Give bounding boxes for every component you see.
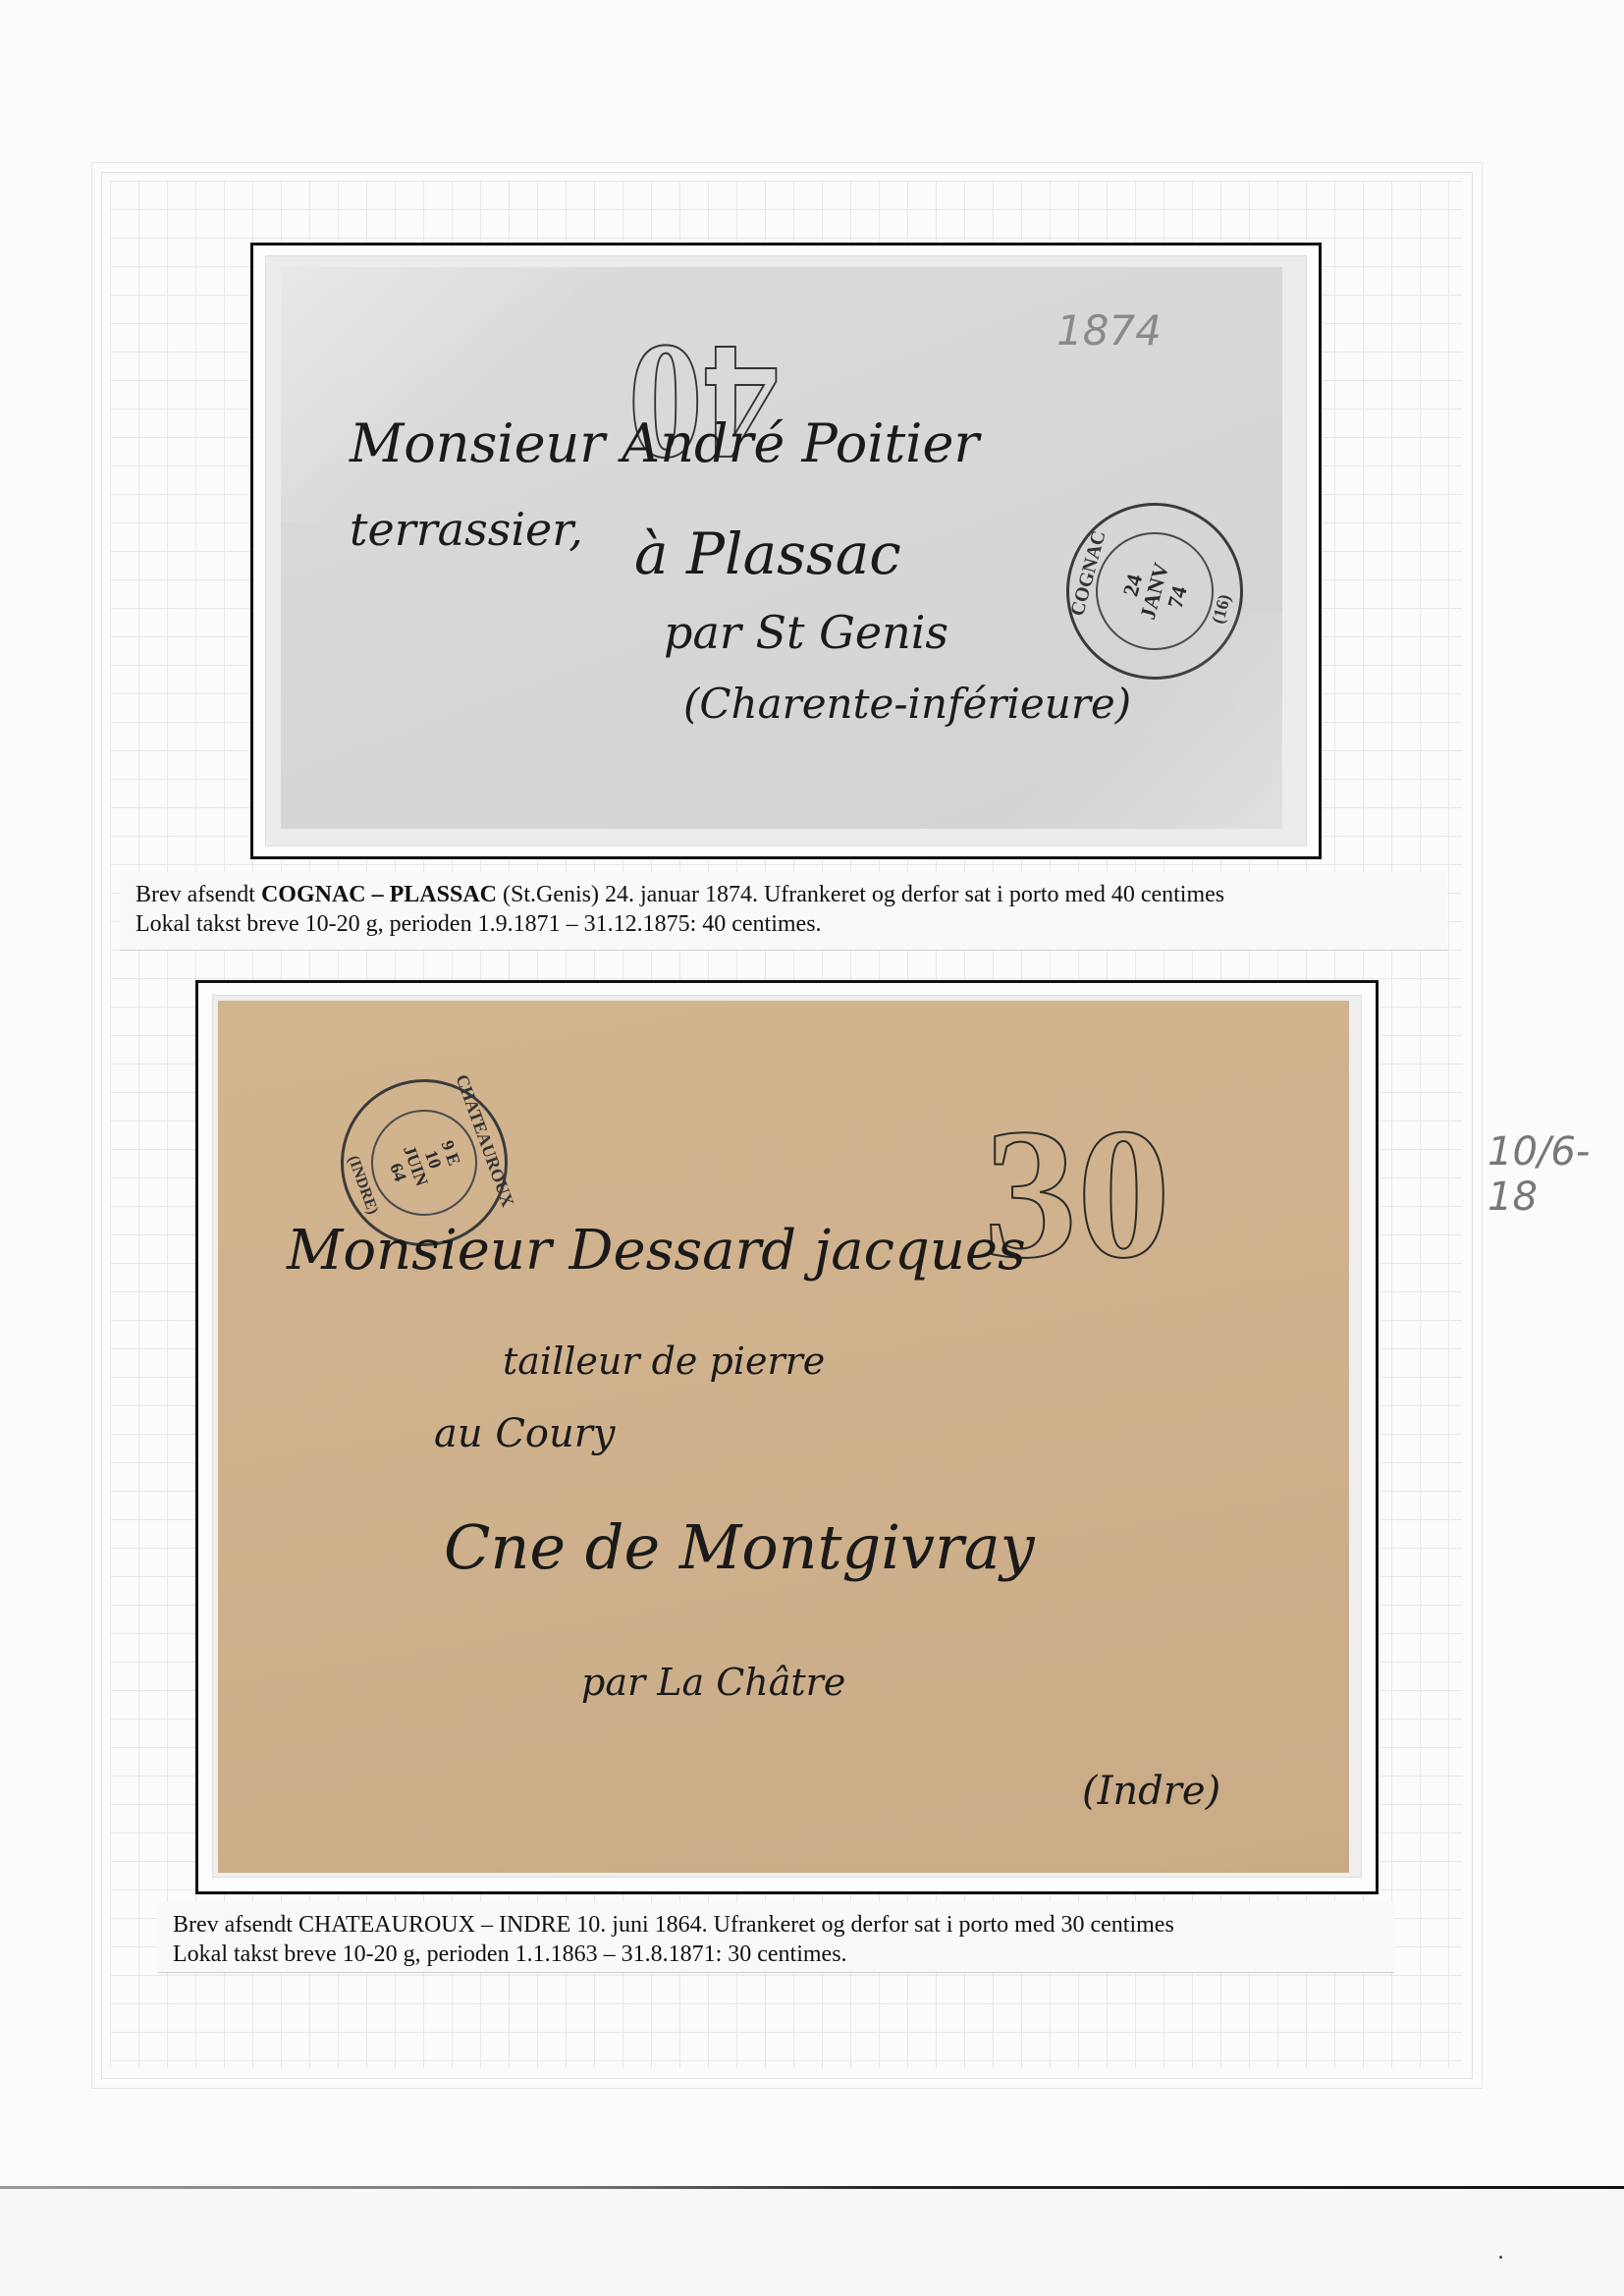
caption-line-1: Brev afsendt CHATEAUROUX – INDRE 10. jun… bbox=[173, 1910, 1394, 1940]
address-line-5: par La Châtre bbox=[581, 1661, 845, 1704]
dust-speck bbox=[1499, 2256, 1502, 2259]
address-line-4: Cne de Montgivray bbox=[444, 1511, 1035, 1583]
address-line-4: par St Genis bbox=[664, 606, 948, 659]
cover-chateauroux-indre: CHATEAUROUX (INDRE) 9 E 10 JUIN 64 30 Mo… bbox=[218, 1001, 1349, 1873]
postmark-cognac: COGNAC (16) 24 JANV 74 bbox=[1047, 483, 1263, 699]
pencil-year-note: 1874 bbox=[1056, 306, 1162, 355]
caption-cognac-plassac: Brev afsendt COGNAC – PLASSAC (St.Genis)… bbox=[120, 872, 1447, 951]
album-page: 1874 40 Monsieur André Poitier terrassie… bbox=[0, 0, 1624, 2296]
address-line-6: (Indre) bbox=[1082, 1769, 1220, 1814]
caption-chateauroux-indre: Brev afsendt CHATEAUROUX – INDRE 10. jun… bbox=[157, 1902, 1394, 1973]
address-line-3: à Plassac bbox=[634, 520, 901, 587]
address-line-1: Monsieur André Poitier bbox=[350, 412, 979, 474]
caption-line-2: Lokal takst breve 10-20 g, perioden 1.1.… bbox=[173, 1940, 1394, 1969]
scanner-bed bbox=[0, 2189, 1624, 2296]
mount-cognac-plassac: 1874 40 Monsieur André Poitier terrassie… bbox=[250, 243, 1322, 859]
caption-line-1: Brev afsendt COGNAC – PLASSAC (St.Genis)… bbox=[135, 880, 1447, 909]
pencil-margin-note: 10/6-18 bbox=[1488, 1129, 1624, 1220]
address-line-2: tailleur de pierre bbox=[503, 1339, 825, 1383]
mount-chateauroux-indre: CHATEAUROUX (INDRE) 9 E 10 JUIN 64 30 Mo… bbox=[195, 980, 1379, 1894]
address-line-1: Monsieur Dessard jacques bbox=[287, 1219, 1026, 1283]
address-line-5: (Charente-inférieure) bbox=[683, 680, 1131, 728]
address-line-2: terrassier, bbox=[350, 503, 583, 556]
caption-line-2: Lokal takst breve 10-20 g, perioden 1.9.… bbox=[135, 909, 1447, 939]
address-line-3: au Coury bbox=[434, 1411, 616, 1456]
cover-cognac-plassac: 1874 40 Monsieur André Poitier terrassie… bbox=[281, 267, 1282, 829]
